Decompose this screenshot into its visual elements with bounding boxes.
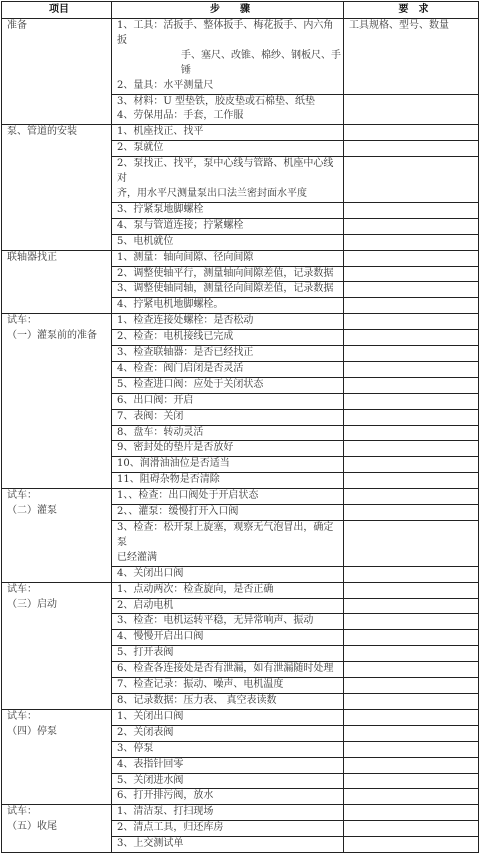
- step-text: 1、关闭出口阀: [117, 710, 343, 725]
- step-cell: 4、泵与管道连接；拧紧螺栓: [112, 218, 344, 234]
- step-text: 3、停泵: [117, 742, 343, 749]
- requirement-cell: [344, 521, 479, 567]
- step-text: 11、阻碍杂物是否清除: [117, 473, 343, 488]
- step-cell: 3、停泵: [112, 741, 344, 749]
- step-text: 1、机座找正、找平: [117, 125, 343, 140]
- step-text: 1、点动两次：检查旋向，是否正确: [117, 583, 343, 598]
- requirement-cell: [344, 393, 479, 409]
- requirement-cell: [344, 282, 479, 298]
- requirement-cell: [344, 250, 479, 266]
- section-name: 准备: [2, 19, 112, 125]
- section-name: 泵、管道的安装: [2, 125, 112, 250]
- step-cell: 8、记录数据：压力表、 真空表读数: [112, 693, 344, 709]
- step-cell: 7、表阀：关闭: [112, 409, 344, 425]
- step-text: 齐，用水平尺测量泵出口法兰密封面水平度: [117, 187, 343, 202]
- section-name-line: 泵、管道的安装: [7, 125, 111, 140]
- requirement-cell: [344, 646, 479, 662]
- step-text: 4、拧紧电机地脚螺栓。: [117, 298, 343, 313]
- requirement-cell: [344, 94, 479, 125]
- requirement-cell: [344, 125, 479, 141]
- step-text: 1、测量：轴向间隙、径向间隙: [117, 251, 343, 266]
- step-cell: 1、、检查：出口阀处于开启状态: [112, 489, 344, 505]
- procedure-table: 项目 步 骤 要 求 准备1、工具：活扳手、整体扳手、梅花扳手、内六角扳手、塞尺…: [1, 1, 479, 749]
- table-row: 试车：（三）启动1、点动两次：检查旋向，是否正确: [2, 582, 479, 598]
- requirement-cell: [344, 409, 479, 425]
- table-row: 试车：（四）停泵1、关闭出口阀: [2, 709, 479, 725]
- step-text: 3、材料：U 型垫铁，胶皮垫或石棉垫、纸垫: [117, 95, 343, 110]
- table-row: 试车：（一）灌泵前的准备1、检查连接处螺栓：是否松动: [2, 314, 479, 330]
- requirement-cell: [344, 346, 479, 362]
- section-name-line: （四）停泵: [7, 725, 111, 740]
- section-name: 试车：（一）灌泵前的准备: [2, 314, 112, 489]
- step-text: 3、检查：松开泵上旋塞，观察无气泡冒出，确定泵: [117, 521, 343, 551]
- step-cell: 11、阻碍杂物是否清除: [112, 473, 344, 489]
- step-text: 8、记录数据：压力表、 真空表读数: [117, 694, 343, 709]
- section-name: 试车：（三）启动: [2, 582, 112, 709]
- step-cell: 2、调整使轴平行，测量轴向间隙差值，记录数据: [112, 266, 344, 282]
- requirement-cell: [344, 725, 479, 741]
- step-text: 4、检查：阀门启闭是否灵活: [117, 362, 343, 377]
- step-text: 2、调整使轴平行，测量轴向间隙差值，记录数据: [117, 267, 343, 282]
- step-text: 5、检查进口阀：应处于关闭状态: [117, 378, 343, 393]
- step-cell: 3、检查：电机运转平稳，无异常响声、振动: [112, 614, 344, 630]
- step-cell: 4、关闭出口阀: [112, 566, 344, 582]
- section-name: 试车：（四）停泵: [2, 709, 112, 749]
- step-text: 1、工具：活扳手、整体扳手、梅花扳手、内六角扳: [117, 19, 343, 49]
- step-cell: 3、检查：松开泵上旋塞，观察无气泡冒出，确定泵已经灌满: [112, 521, 344, 567]
- section-name-line: 试车：: [7, 489, 111, 504]
- requirement-cell: [344, 693, 479, 709]
- requirement-cell: [344, 266, 479, 282]
- requirement-cell: 工具规格、型号、数量: [344, 19, 479, 95]
- section-name-line: 试车：: [7, 583, 111, 598]
- requirement-cell: [344, 630, 479, 646]
- step-cell: 4、慢慢开启出口阀: [112, 630, 344, 646]
- section-name-line: （一）灌泵前的准备: [7, 329, 111, 344]
- requirement-cell: [344, 582, 479, 598]
- step-cell: 1、测量：轴向间隙、径向间隙: [112, 250, 344, 266]
- step-cell: 5、打开表阀: [112, 646, 344, 662]
- step-cell: 2、关闭表阀: [112, 725, 344, 741]
- step-cell: 3、调整使轴同轴，测量径向间隙差值，记录数据: [112, 282, 344, 298]
- header-row: 项目 步 骤 要 求: [2, 2, 479, 19]
- step-text: 1、检查连接处螺栓：是否松动: [117, 314, 343, 329]
- step-text: 5、电机就位: [117, 235, 343, 250]
- step-text: 6、检查各连接处是否有泄漏，如有泄漏随时处理: [117, 662, 343, 677]
- step-cell: 5、电机就位: [112, 234, 344, 250]
- table-row: 泵、管道的安装1、机座找正、找平: [2, 125, 479, 141]
- step-text: 3、调整使轴同轴，测量径向间隙差值，记录数据: [117, 282, 343, 297]
- step-cell: 2、、灌泵：缓慢打开入口阀: [112, 505, 344, 521]
- step-cell: 2、启动电机: [112, 598, 344, 614]
- step-cell: 6、出口阀：开启: [112, 393, 344, 409]
- step-cell: 3、检查联轴器：是否已经找正: [112, 346, 344, 362]
- requirement-cell: [344, 598, 479, 614]
- step-text: 2、检查：电机接线已完成: [117, 330, 343, 345]
- step-cell: 2、泵找正、找平，泵中心线与管路、机座中心线对齐，用水平尺测量泵出口法兰密封面水…: [112, 157, 344, 203]
- requirement-cell: [344, 614, 479, 630]
- section-name-line: （三）启动: [7, 598, 111, 613]
- step-cell: 1、检查连接处螺栓：是否松动: [112, 314, 344, 330]
- step-cell: 2、泵就位: [112, 141, 344, 157]
- step-text: 4、慢慢开启出口阀: [117, 630, 343, 645]
- header-item: 项目: [2, 2, 112, 19]
- step-text: 4、泵与管道连接；拧紧螺栓: [117, 219, 343, 234]
- step-text: 3、检查联轴器：是否已经找正: [117, 346, 343, 361]
- step-cell: 4、检查：阀门启闭是否灵活: [112, 361, 344, 377]
- step-cell: 7、检查记录：振动、噪声、电机温度: [112, 678, 344, 694]
- section-name-line: 试车：: [7, 314, 111, 329]
- requirement-cell: [344, 377, 479, 393]
- requirement-cell: [344, 709, 479, 725]
- requirement-cell: [344, 202, 479, 218]
- step-cell: 5、检查进口阀：应处于关闭状态: [112, 377, 344, 393]
- requirement-cell: [344, 441, 479, 457]
- requirement-cell: [344, 505, 479, 521]
- step-cell: 10、润滑油油位是否适当: [112, 457, 344, 473]
- step-text: 2、量具：水平测量尺: [117, 79, 343, 94]
- step-text: 4、关闭出口阀: [117, 567, 343, 582]
- requirement-cell: [344, 157, 479, 203]
- step-text: 10、润滑油油位是否适当: [117, 457, 343, 472]
- section-name-line: 试车：: [7, 710, 111, 725]
- section-name: 联轴器找正: [2, 250, 112, 314]
- step-cell: 9、密封处的垫片是否放好: [112, 441, 344, 457]
- table-row: 准备1、工具：活扳手、整体扳手、梅花扳手、内六角扳手、塞尺、改锥、棉纱、钢板尺、…: [2, 19, 479, 95]
- header-requirements: 要 求: [344, 2, 479, 19]
- requirement-cell: [344, 141, 479, 157]
- step-text: 已经灌满: [117, 551, 343, 566]
- requirement-cell: [344, 489, 479, 505]
- header-steps: 步 骤: [112, 2, 344, 19]
- section-name-line: 准备: [7, 19, 111, 34]
- step-text: 5、打开表阀: [117, 646, 343, 661]
- table-body: 准备1、工具：活扳手、整体扳手、梅花扳手、内六角扳手、塞尺、改锥、棉纱、钢板尺、…: [2, 19, 479, 750]
- step-text: 2、、灌泵：缓慢打开入口阀: [117, 505, 343, 520]
- requirement-cell: [344, 741, 479, 749]
- step-text: 7、表阀：关闭: [117, 410, 343, 425]
- step-text: 8、盘车：转动灵活: [117, 426, 343, 441]
- step-text: 1、、检查：出口阀处于开启状态: [117, 489, 343, 504]
- requirement-cell: [344, 473, 479, 489]
- requirement-cell: [344, 361, 479, 377]
- step-cell: 2、检查：电机接线已完成: [112, 330, 344, 346]
- table-row: 联轴器找正1、测量：轴向间隙、径向间隙: [2, 250, 479, 266]
- step-cell: 1、机座找正、找平: [112, 125, 344, 141]
- requirement-cell: [344, 457, 479, 473]
- step-cell: 3、材料：U 型垫铁，胶皮垫或石棉垫、纸垫4、劳保用品：手套，工作服: [112, 94, 344, 125]
- step-cell: 6、检查各连接处是否有泄漏，如有泄漏随时处理: [112, 662, 344, 678]
- requirement-cell: [344, 298, 479, 314]
- step-text: 2、关闭表阀: [117, 726, 343, 741]
- requirement-cell: [344, 234, 479, 250]
- step-text: 2、启动电机: [117, 599, 343, 614]
- step-cell: 1、工具：活扳手、整体扳手、梅花扳手、内六角扳手、塞尺、改锥、棉纱、钢板尺、手锤…: [112, 19, 344, 95]
- requirement-cell: [344, 330, 479, 346]
- table-row: 试车：（二）灌泵1、、检查：出口阀处于开启状态: [2, 489, 479, 505]
- step-text: 手、塞尺、改锥、棉纱、钢板尺、手锤: [117, 49, 343, 79]
- section-name-line: 联轴器找正: [7, 251, 111, 266]
- requirement-cell: [344, 218, 479, 234]
- step-cell: 1、点动两次：检查旋向，是否正确: [112, 582, 344, 598]
- requirement-cell: [344, 678, 479, 694]
- section-name: 试车：（二）灌泵: [2, 489, 112, 582]
- step-cell: 4、拧紧电机地脚螺栓。: [112, 298, 344, 314]
- step-text: 4、劳保用品：手套，工作服: [117, 109, 343, 124]
- section-name-line: （二）灌泵: [7, 504, 111, 519]
- requirement-cell: [344, 566, 479, 582]
- requirement-cell: [344, 425, 479, 441]
- step-text: 2、泵就位: [117, 141, 343, 156]
- step-text: 6、出口阀：开启: [117, 394, 343, 409]
- step-text: 7、检查记录：振动、噪声、电机温度: [117, 678, 343, 693]
- step-text: 3、拧紧泵地脚螺栓: [117, 203, 343, 218]
- step-cell: 8、盘车：转动灵活: [112, 425, 344, 441]
- step-text: 3、检查：电机运转平稳，无异常响声、振动: [117, 614, 343, 629]
- step-text: 2、泵找正、找平，泵中心线与管路、机座中心线对: [117, 157, 343, 187]
- step-cell: 1、关闭出口阀: [112, 709, 344, 725]
- step-text: 9、密封处的垫片是否放好: [117, 441, 343, 456]
- requirement-cell: [344, 662, 479, 678]
- requirement-cell: [344, 314, 479, 330]
- step-cell: 3、拧紧泵地脚螺栓: [112, 202, 344, 218]
